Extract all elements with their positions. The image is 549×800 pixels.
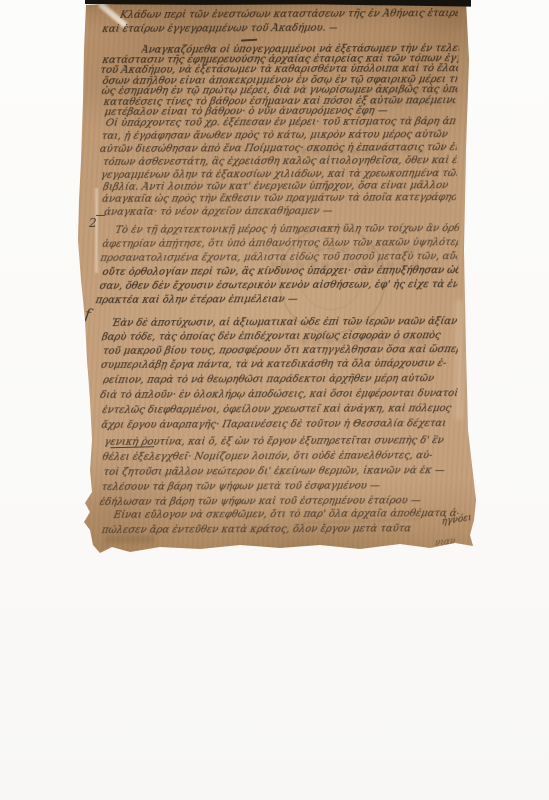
manuscript-line: ἄχρι ἔργου ἀναρπαγῆς· Παραινέσεις δὲ τοῦ… bbox=[101, 418, 458, 433]
manuscript-line: οὔτε ὀρθολογίαν περὶ τῶν, ἃς κίνδυνος ὑπ… bbox=[102, 265, 458, 280]
scan-background: Κλάδων περὶ τῶν ἐνεστώσων καταστάσεων τῆ… bbox=[0, 0, 549, 800]
manuscript-page: Κλάδων περὶ τῶν ἐνεστώσων καταστάσεων τῆ… bbox=[0, 0, 549, 800]
manuscript-line-text: θέλει ἐξελεγχθεῖ· Νομίζομεν λοιπόν, ὅτι … bbox=[102, 450, 433, 464]
manuscript-line: πρακτέα καὶ ὅλην ἑτέραν ἐπιμέλειαν — bbox=[95, 294, 303, 308]
manuscript-line-text: Ἐὰν δὲ ἀποτύχωσιν, αἱ ἀξιωματικαὶ ὧδε ἐπ… bbox=[112, 316, 458, 330]
manuscript-line-text: ρείπιον, παρὰ τὸ νὰ θεωρηθῶσι παράδεκτοι… bbox=[103, 373, 435, 387]
manuscript-line: πώλεσεν ἄρα ἐντεῦθεν κατὰ κράτος, ὅλον ἔ… bbox=[102, 523, 442, 538]
handwriting-layer: Κλάδων περὶ τῶν ἐνεστώσων καταστάσεων τῆ… bbox=[0, 0, 549, 800]
manuscript-line: συμπεριλάβῃ ἔργα πάντα, τὰ νὰ κατεδικάσθ… bbox=[101, 358, 457, 373]
manuscript-line: Εἶναι εὔλογον νὰ σκεφθῶμεν, ὅτι τὸ παρ' … bbox=[114, 508, 459, 523]
manuscript-line: σαν, ὅθεν δὲν ἔχουσιν ἐσωτερικὸν κενὸν α… bbox=[99, 279, 457, 294]
manuscript-line-text: πώλεσεν ἄρα ἐντεῦθεν κατὰ κράτος, ὅλον ἔ… bbox=[102, 523, 412, 537]
manuscript-line-text: Τὸ ἐν τῇ ἀρχιτεκτονικῇ μέρος ἡ ὑπηρεσιακ… bbox=[115, 223, 459, 237]
manuscript-line: ἀναγκαῖα ὡς πρὸς τὴν ἔκθεσιν τῶν πραγμάτ… bbox=[102, 192, 456, 207]
manuscript-line-text: καὶ ἑταίρων ἐγγεγραμμένων τοῦ Ἀκαδήμου. … bbox=[102, 23, 337, 36]
manuscript-line-text: νιαν bbox=[434, 535, 455, 549]
manuscript-line-text: τόπων ἀσθενεστάτη, ἃς ἐχρειάσθη καλῶς αἰ… bbox=[103, 155, 457, 169]
manuscript-line: ρείπιον, παρὰ τὸ νὰ θεωρηθῶσι παράδεκτοι… bbox=[103, 373, 458, 388]
manuscript-line-text: Κλάδων περὶ τῶν ἐνεστώσων καταστάσεων τῆ… bbox=[120, 8, 458, 22]
manuscript-line-text: σαν, ὅθεν δὲν ἔχουσιν ἐσωτερικὸν κενὸν α… bbox=[99, 279, 457, 293]
manuscript-line-text: Οἱ ὑπάρχοντες τοῦ χρ. ἐξέπεσαν ἐν μέρει·… bbox=[106, 116, 456, 130]
manuscript-line: βαρὺ τόδε, τὰς ὁποίας δὲν ἐπιδέχονται κυ… bbox=[102, 330, 456, 345]
manuscript-line: Τὸ ἐν τῇ ἀρχιτεκτονικῇ μέρος ἡ ὑπηρεσιακ… bbox=[115, 223, 459, 238]
manuscript-line-text: διὰ τὸ ἁπλοῦν· ἐν ὁλοκλήρῳ ἀποδώσεις, κα… bbox=[100, 388, 458, 402]
manuscript-line: προσανατολισμένα ἔχοντα, μάλιστα εἰδὼς τ… bbox=[100, 251, 457, 266]
manuscript-line: καὶ ἑταίρων ἐγγεγραμμένων τοῦ Ἀκαδήμου. … bbox=[102, 23, 337, 37]
manuscript-line-text: πρακτέα καὶ ὅλην ἑτέραν ἐπιμέλειαν — bbox=[95, 294, 298, 307]
manuscript-line-text: γενικὴ ῥουτίνα, καὶ ὅ, ἐξ ὧν τὸ ἔργον ἐξ… bbox=[104, 435, 444, 449]
manuscript-line-text: ἀφετηρίαν ἀπῄτησε, ὅτι ὑπὸ ἀπιθανότητος … bbox=[102, 237, 458, 251]
margin-mark-overbar bbox=[96, 215, 105, 216]
manuscript-line-text: ται, ᾗ ἐγράφησαν ἄνωθεν πρὸς τὸ κάτω, μι… bbox=[102, 129, 449, 143]
manuscript-line: γενικὴ ῥουτίνα, καὶ ὅ, ἐξ ὧν τὸ ἔργον ἐξ… bbox=[104, 435, 454, 450]
manuscript-line: νιαν bbox=[434, 535, 463, 551]
manuscript-line-text: ἀναγκαῖα ὡς πρὸς τὴν ἔκθεσιν τῶν πραγμάτ… bbox=[102, 192, 456, 206]
manuscript-line-text: ἐδήλωσαν τὰ βάρη τῶν ψήφων καὶ τοῦ ἐστερ… bbox=[100, 495, 422, 509]
manuscript-line-text: τοὶ ζητοῦσι μᾶλλον νεώτερον δι' ἐκείνων … bbox=[103, 465, 445, 479]
manuscript-line: διὰ τὸ ἁπλοῦν· ἐν ὁλοκλήρῳ ἀποδώσεις, κα… bbox=[100, 388, 458, 403]
manuscript-line: θέλει ἐξελεγχθεῖ· Νομίζομεν λοιπόν, ὅτι … bbox=[102, 450, 458, 465]
manuscript-line-text: συμπεριλάβῃ ἔργα πάντα, τὰ νὰ κατεδικάσθ… bbox=[101, 358, 447, 372]
manuscript-line: ἀφετηρίαν ἀπῄτησε, ὅτι ὑπὸ ἀπιθανότητος … bbox=[102, 237, 458, 252]
manuscript-line-text: βαρὺ τόδε, τὰς ὁποίας δὲν ἐπιδέχονται κυ… bbox=[102, 330, 442, 344]
paragraph-margin-mark: ƒ bbox=[84, 307, 92, 324]
manuscript-line: Κλάδων περὶ τῶν ἐνεστώσων καταστάσεων τῆ… bbox=[120, 8, 458, 23]
heading-underline-dash bbox=[241, 39, 257, 41]
manuscript-line-text: οὔτε ὀρθολογίαν περὶ τῶν, ἃς κίνδυνος ὑπ… bbox=[102, 265, 458, 279]
manuscript-line: ἐντελῶς διεφθαρμένοι, ὀφείλουν χρεωστεῖ … bbox=[102, 403, 458, 418]
manuscript-line-text: τοῦ μακροῦ βίου τους, προσφέρουν ὅτι κατ… bbox=[103, 344, 458, 358]
manuscript-line: Ἐὰν δὲ ἀποτύχωσιν, αἱ ἀξιωματικαὶ ὧδε ἐπ… bbox=[112, 316, 458, 331]
manuscript-line: τοὶ ζητοῦσι μᾶλλον νεώτερον δι' ἐκείνων … bbox=[103, 465, 470, 480]
manuscript-line-text: Εἶναι εὔλογον νὰ σκεφθῶμεν, ὅτι τὸ παρ' … bbox=[114, 508, 459, 522]
manuscript-line: ἀναγκαῖα· τὸ νέον ἀρχεῖον ἀπεκαθήραμεν — bbox=[104, 206, 359, 220]
manuscript-line-text: τελέσουν τὰ βάρη τῶν ψήφων μετὰ τοῦ ἐσφα… bbox=[101, 480, 380, 493]
manuscript-line: τοῦ μακροῦ βίου τους, προσφέρουν ὅτι κατ… bbox=[103, 344, 458, 359]
paragraph-margin-mark: 2 bbox=[89, 215, 97, 231]
paragraph-margin-mark: ƒ bbox=[69, 104, 78, 121]
manuscript-line-text: ἄχρι ἔργου ἀναρπαγῆς· Παραινέσεις δὲ τοῦ… bbox=[101, 418, 447, 432]
manuscript-line-text: αὐτῶν διεσώθησαν ἀπὸ ἕνα Ποίμματος· σκοπ… bbox=[100, 142, 457, 156]
manuscript-line-text: ἀναγκαῖα· τὸ νέον ἀρχεῖον ἀπεκαθήραμεν — bbox=[104, 206, 334, 219]
manuscript-line-text: προσανατολισμένα ἔχοντα, μάλιστα εἰδὼς τ… bbox=[100, 251, 457, 265]
manuscript-line: τελέσουν τὰ βάρη τῶν ψήφων μετὰ τοῦ ἐσφα… bbox=[101, 480, 439, 495]
manuscript-line-text: ἐντελῶς διεφθαρμένοι, ὀφείλουν χρεωστεῖ … bbox=[102, 403, 452, 417]
